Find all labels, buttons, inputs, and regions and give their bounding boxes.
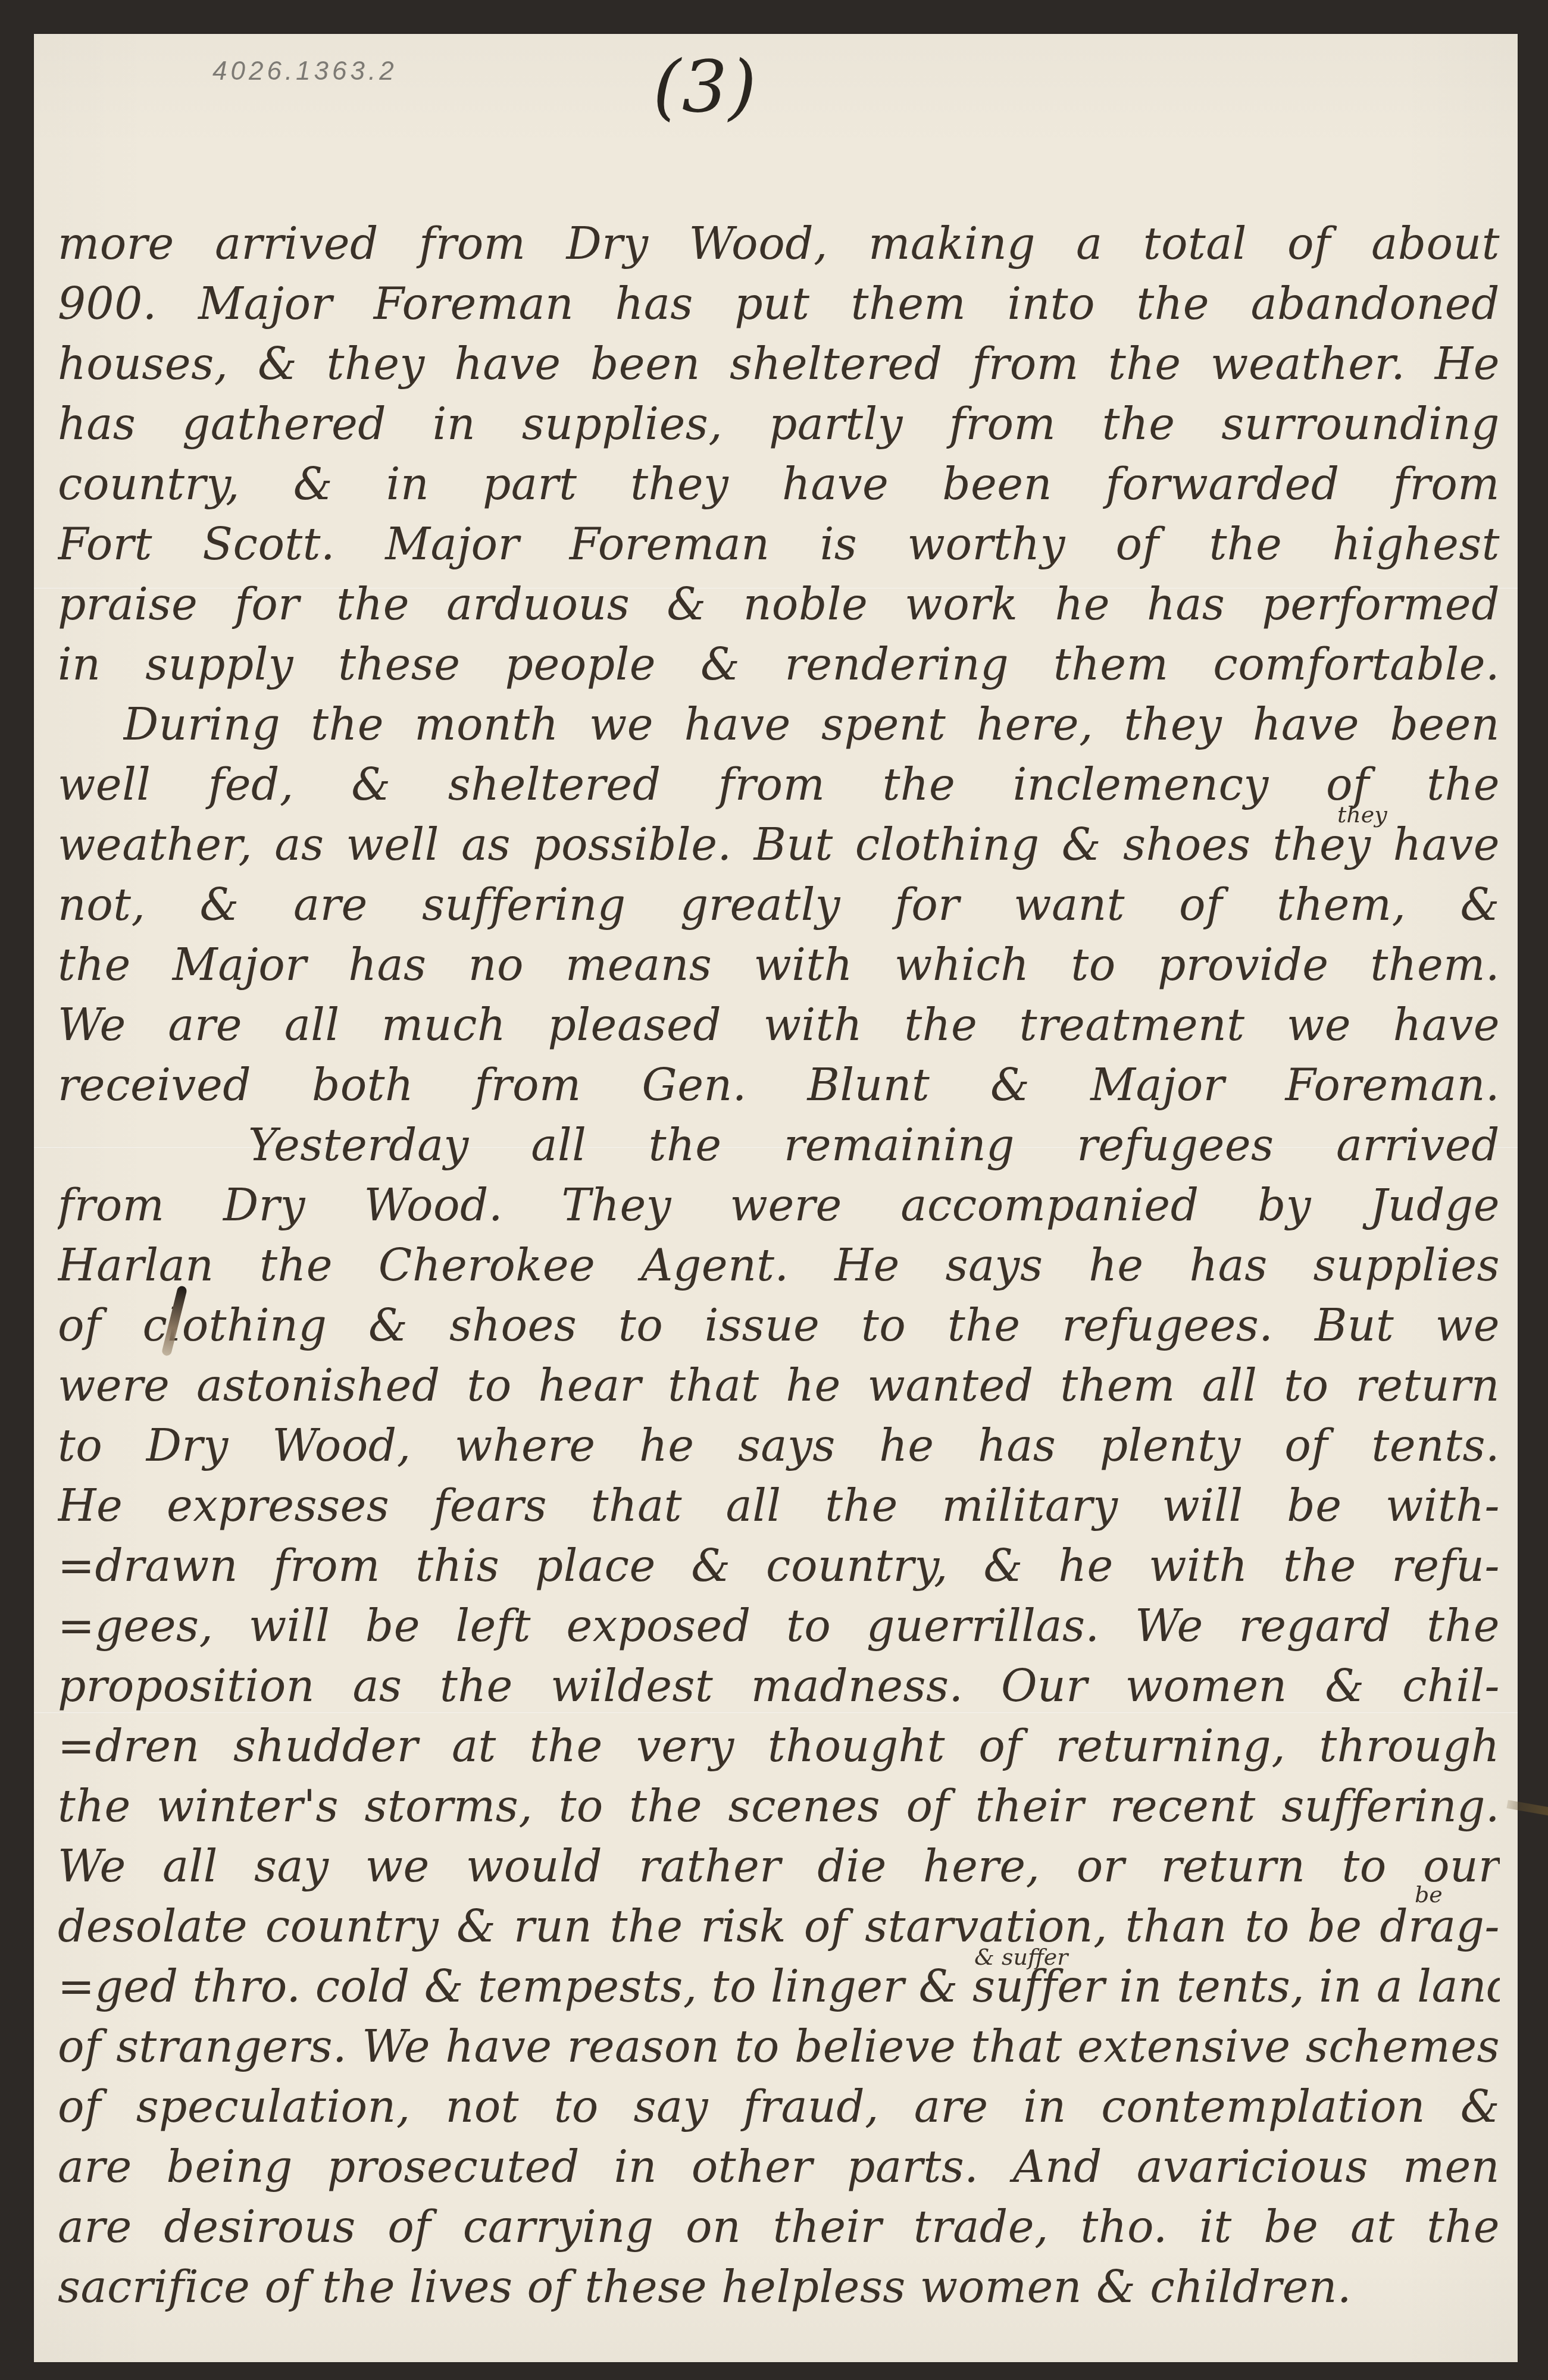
text-line: of strangers. We have reason to believe …	[58, 2020, 1500, 2074]
text-line: Harlan the Cherokee Agent. He says he ha…	[58, 1239, 1500, 1292]
text-line: We all say we would rather die here, or …	[58, 1840, 1500, 1893]
text-line: He expresses fears that all the military…	[58, 1479, 1500, 1533]
text-line: 900. Major Foreman has put them into the…	[58, 277, 1500, 331]
text-line: from Dry Wood. They were accompanied by …	[58, 1179, 1500, 1232]
text-line: the winter's storms, to the scenes of th…	[58, 1780, 1500, 1833]
text-line: not, & are suffering greatly for want of…	[58, 878, 1500, 932]
text-line: weather, as well as possible. But clothi…	[58, 818, 1500, 872]
text-line: were astonished to hear that he wanted t…	[58, 1359, 1500, 1413]
text-line: =drawn from this place & country, & he w…	[58, 1539, 1500, 1593]
text-line: We are all much pleased with the treatme…	[58, 998, 1500, 1052]
text-line: Yesterday all the remaining refugees arr…	[248, 1119, 1500, 1172]
text-line: in supply these people & rendering them …	[58, 638, 1500, 691]
paper-tear	[1506, 1800, 1548, 1817]
text-line: country, & in part they have been forwar…	[58, 458, 1500, 511]
text-line: =ged thro. cold & tempests, to linger & …	[58, 1960, 1500, 2013]
text-line: During the month we have spent here, the…	[123, 698, 1500, 751]
text-line: of clothing & shoes to issue to the refu…	[58, 1299, 1500, 1352]
text-line: received both from Gen. Blunt & Major Fo…	[58, 1059, 1500, 1112]
interlinear-insertion: be	[1415, 1881, 1443, 1908]
text-line: Fort Scott. Major Foreman is worthy of t…	[58, 518, 1500, 571]
interlinear-insertion: they	[1337, 801, 1387, 828]
text-line: houses, & they have been sheltered from …	[58, 337, 1500, 391]
text-line: proposition as the wildest madness. Our …	[58, 1659, 1500, 1713]
text-line: =dren shudder at the very thought of ret…	[58, 1720, 1500, 1773]
page-number: (3)	[653, 46, 758, 129]
text-line: are being prosecuted in other parts. And…	[58, 2140, 1500, 2194]
text-line: are desirous of carrying on their trade,…	[58, 2200, 1500, 2254]
interlinear-insertion: & suffer	[974, 1944, 1068, 1970]
text-line: has gathered in supplies, partly from th…	[58, 397, 1500, 451]
text-line: well fed, & sheltered from the inclemenc…	[58, 758, 1500, 812]
archive-number: 4026.1363.2	[212, 57, 398, 86]
text-line: desolate country & run the risk of starv…	[58, 1900, 1500, 1953]
text-line: of speculation, not to say fraud, are in…	[58, 2080, 1500, 2134]
text-line: the Major has no means with which to pro…	[58, 938, 1500, 992]
text-line: sacrifice of the lives of these helpless…	[58, 2260, 1500, 2314]
text-line: praise for the arduous & noble work he h…	[58, 578, 1500, 631]
text-line: =gees, will be left exposed to guerrilla…	[58, 1599, 1500, 1653]
text-line: to Dry Wood, where he says he has plenty…	[58, 1419, 1500, 1473]
text-line: more arrived from Dry Wood, making a tot…	[58, 217, 1500, 271]
letter-page: 4026.1363.2 (3) more arrived from Dry Wo…	[34, 34, 1518, 2362]
